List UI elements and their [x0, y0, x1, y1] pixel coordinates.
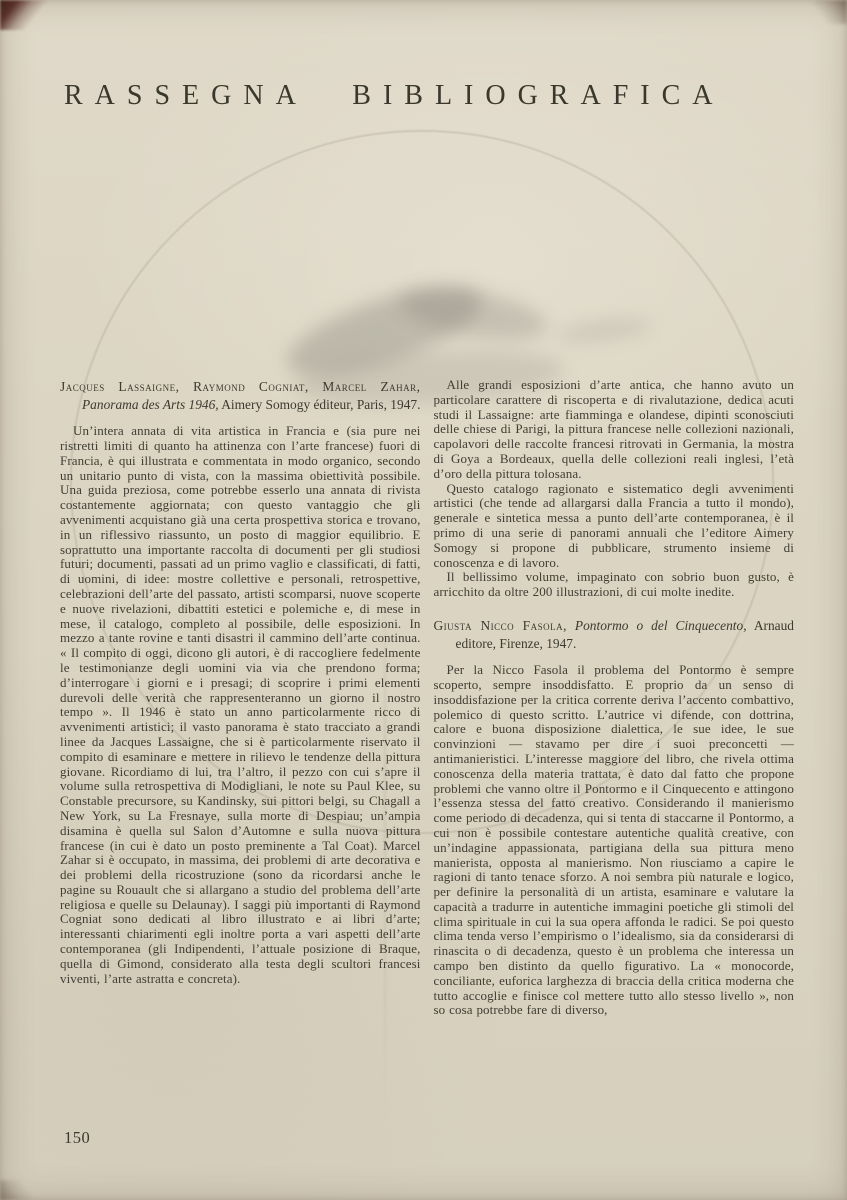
- scanned-book-page: RASSEGNA BIBLIOGRAFICA Jacques Lassaigne…: [0, 0, 847, 1200]
- review2-heading: Giusta Nicco Fasola, Pontormo o del Cinq…: [434, 617, 795, 652]
- review2-authors: Giusta Nicco Fasola,: [434, 618, 567, 633]
- corner-shadow-bottom-left: [0, 1180, 40, 1200]
- review1-authors: Jacques Lassaigne, Raymond Cogniat, Marc…: [60, 379, 421, 394]
- paper-stain: [395, 279, 550, 348]
- right-column: Alle grandi esposizioni d’arte antica, c…: [434, 378, 795, 1018]
- review1-continuation-paragraph-1: Alle grandi esposizioni d’arte antica, c…: [434, 378, 795, 482]
- corner-shadow-top-right: [801, 0, 847, 24]
- review1-imprint: Aimery Somogy éditeur, Paris, 1947.: [221, 397, 420, 412]
- left-column: Jacques Lassaigne, Raymond Cogniat, Marc…: [60, 378, 421, 1018]
- review1-continuation-paragraph-3: Il bellissimo volume, impaginato con sob…: [434, 570, 795, 600]
- corner-stain-top-left: [0, 0, 58, 30]
- paper-stain: [277, 268, 491, 393]
- page-number: 150: [64, 1128, 90, 1148]
- review2-paragraph: Per la Nicco Fasola il problema del Pont…: [434, 663, 795, 1018]
- review1-paragraph: Un’intera annata di vita artistica in Fr…: [60, 424, 421, 986]
- review1-heading: Jacques Lassaigne, Raymond Cogniat, Marc…: [60, 378, 421, 413]
- page-title: RASSEGNA BIBLIOGRAFICA: [64, 80, 725, 112]
- review1-book-title: Panorama des Arts 1946,: [82, 397, 219, 412]
- review2-book-title: Pontormo o del Cinquecento,: [575, 618, 747, 633]
- review1-continuation-paragraph-2: Questo catalogo ragionato e sistematico …: [434, 482, 795, 571]
- two-column-text-block: Jacques Lassaigne, Raymond Cogniat, Marc…: [60, 378, 794, 1018]
- paper-stain: [555, 316, 652, 345]
